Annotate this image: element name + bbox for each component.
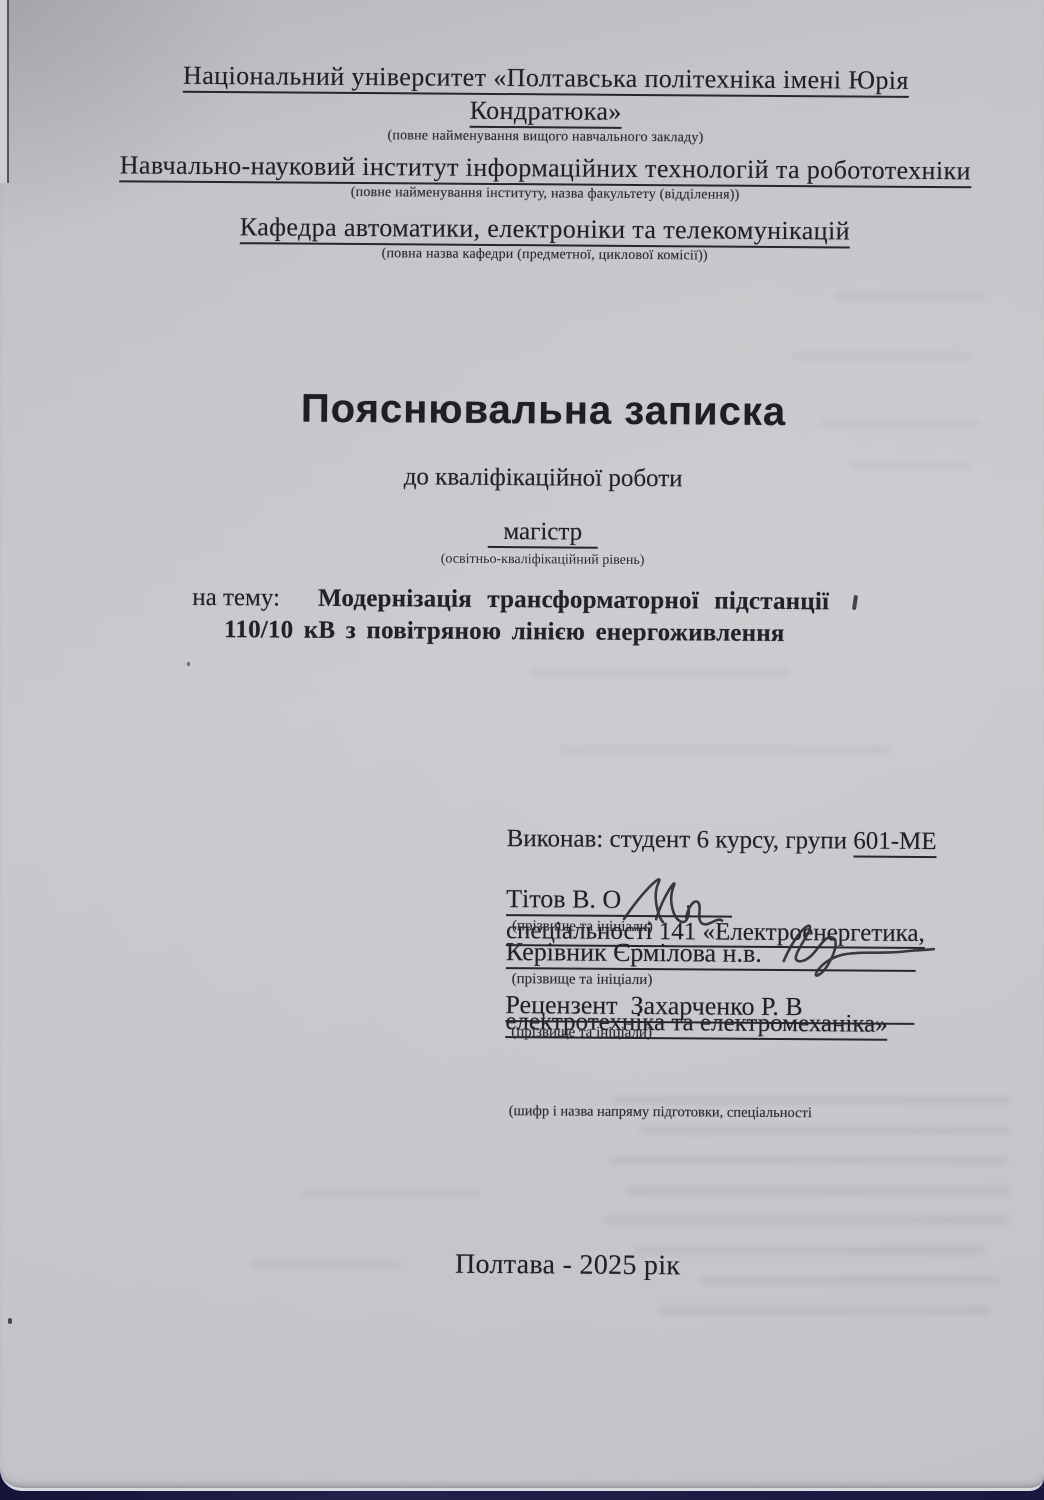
bleedthrough-text <box>792 352 972 360</box>
supervisor-name-line: Керівник Єрмілова н.в. <box>506 937 916 972</box>
bleedthrough-text <box>250 1260 400 1268</box>
topic-label: на тему: <box>192 584 280 612</box>
bleedthrough-text <box>850 462 970 469</box>
degree-level: магістр <box>43 515 1043 550</box>
signature-row-student: Тітов В. О (прізвище та ініціали) <box>506 884 966 939</box>
bleedthrough-text <box>660 1306 990 1315</box>
main-title: Пояснювальна записка <box>43 385 1043 437</box>
bleedthrough-text <box>530 668 790 677</box>
bleedthrough-text <box>608 1156 1008 1165</box>
topic-title-line2: 110/10 кВ з повітряною лінією енергоживл… <box>224 614 912 651</box>
signature-caption: (прізвище та ініціали) <box>512 917 966 939</box>
signatures-block: Тітов В. О (прізвище та ініціали) Керівн… <box>505 884 966 1046</box>
signature-caption: (прізвище та ініціали) <box>511 1023 965 1045</box>
bleedthrough-text <box>300 1190 480 1198</box>
header-block: Національний університет «Полтавська пол… <box>45 58 1044 268</box>
bleedthrough-text <box>626 1186 1011 1195</box>
student-name-line: Тітов В. О <box>506 884 732 918</box>
signature-row-reviewer: Рецензент Захарченко Р. В (прізвище та і… <box>505 990 965 1045</box>
topic-block: на тему:Модернізація трансформаторної пі… <box>192 582 912 651</box>
bleedthrough-text <box>636 1246 986 1255</box>
bleedthrough-text <box>604 1216 1009 1225</box>
ink-speck <box>187 662 190 666</box>
degree-caption: (освітньо-кваліфікаційний рівень) <box>43 549 1043 572</box>
bleedthrough-text <box>835 292 985 300</box>
bleedthrough-text <box>640 1126 1010 1135</box>
ink-speck <box>8 1318 12 1324</box>
institute-name: Навчально-науковий інститут інформаційни… <box>45 148 1044 188</box>
under-page-edge <box>0 0 9 183</box>
university-name: Національний університет «Полтавська пол… <box>46 58 1044 98</box>
group-code: 601-МЕ <box>853 827 937 857</box>
performer-line: Виконав: студент 6 курсу, групи 601-МЕ <box>507 824 957 858</box>
bleedthrough-text <box>560 745 890 754</box>
signature-caption: (прізвище та ініціали) <box>512 970 966 992</box>
bleedthrough-text <box>820 420 980 427</box>
bleedthrough-text <box>612 1096 1012 1105</box>
topic-line1: на тему:Модернізація трансформаторної пі… <box>192 582 912 619</box>
bleedthrough-text <box>700 1276 1000 1285</box>
topic-title-line1: Модернізація трансформаторної підстанції <box>318 585 829 616</box>
signature-row-supervisor: Керівник Єрмілова н.в. (прізвище та ініц… <box>506 937 966 992</box>
reviewer-name-line: Рецензент Захарченко Р. В <box>505 990 914 1025</box>
document-page: Національний університет «Полтавська пол… <box>0 0 1044 1491</box>
